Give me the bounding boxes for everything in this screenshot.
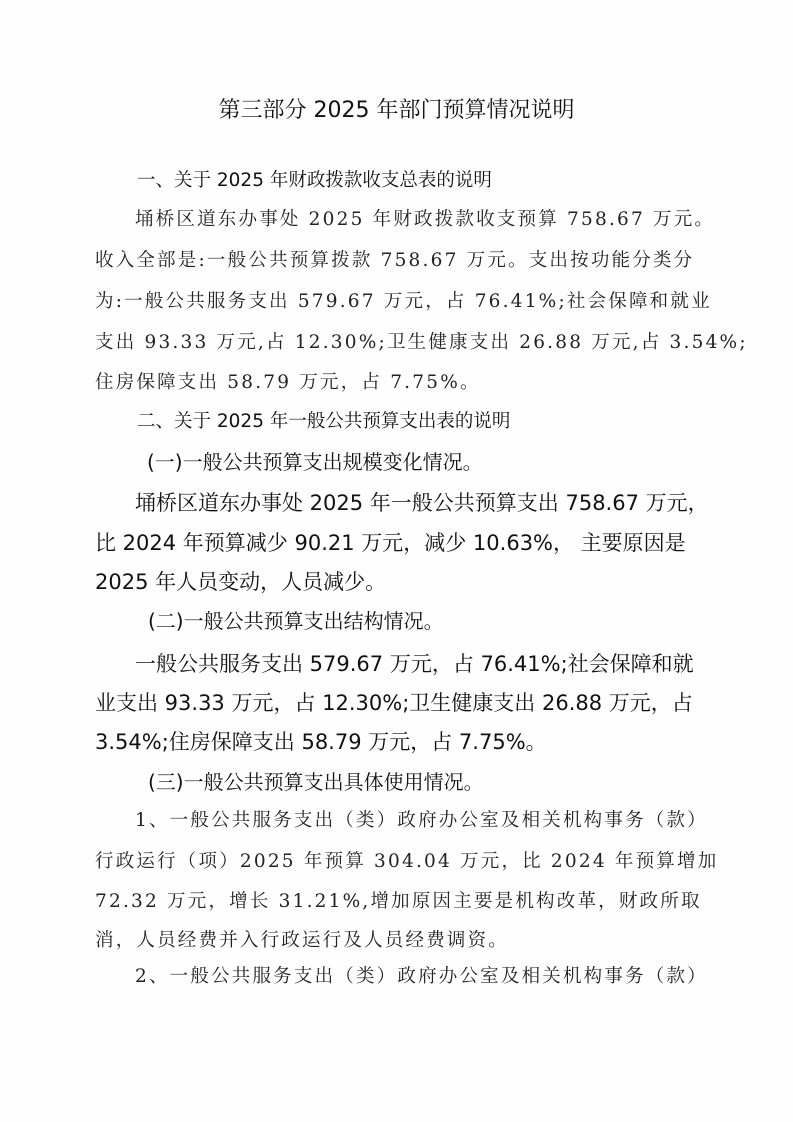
subsection-2-heading: (二)一般公共预算支出结构情况。 <box>148 611 444 631</box>
item-1-line-1: 1、一般公共服务支出（类）政府办公室及相关机构事务（款） <box>135 812 708 831</box>
item-1-line-4: 消，人员经费并入行政运行及人员经费调资。 <box>95 932 509 951</box>
section-1-line-5: 住房保障支出 58.79 万元，占 7.75%。 <box>95 374 481 393</box>
subsection-2-line-1: 一般公共服务支出 579.67 万元，占 76.41%;社会保障和就 <box>135 654 694 675</box>
page-title: 第三部分 2025 年部门预算情况说明 <box>0 100 793 122</box>
subsection-3-heading: (三)一般公共预算支出具体使用情况。 <box>148 772 484 792</box>
subsection-1-line-2: 比 2024 年预算减少 90.21 万元，减少 10.63%， 主要原因是 <box>95 533 686 554</box>
section-2-heading: 二、关于 2025 年一般公共预算支出表的说明 <box>137 413 510 432</box>
document-page: 第三部分 2025 年部门预算情况说明 一、关于 2025 年财政拨款收支总表的… <box>0 0 793 1122</box>
subsection-1-line-1: 埇桥区道东办事处 2025 年一般公共预算支出 758.67 万元， <box>135 493 709 514</box>
section-1-line-3: 为:一般公共服务支出 579.67 万元，占 76.41%;社会保障和就业 <box>95 293 712 312</box>
subsection-2-line-2: 业支出 93.33 万元，占 12.30%;卫生健康支出 26.88 万元，占 <box>95 693 693 714</box>
section-1-line-4: 支出 93.33 万元,占 12.30%;卫生健康支出 26.88 万元,占 3… <box>95 334 748 353</box>
item-1-line-2: 行政运行（项）2025 年预算 304.04 万元，比 2024 年预算增加 <box>95 853 718 872</box>
item-1-line-3: 72.32 万元，增长 31.21%,增加原因主要是机构改革，财政所取 <box>95 893 702 912</box>
subsection-1-line-3: 2025 年人员变动，人员减少。 <box>95 572 386 593</box>
section-1-line-1: 埇桥区道东办事处 2025 年财政拨款收支预算 758.67 万元。 <box>135 211 715 230</box>
section-1-line-2: 收入全部是:一般公共预算拨款 758.67 万元。支出按功能分类分 <box>95 252 694 271</box>
subsection-1-heading: (一)一般公共预算支出规模变化情况。 <box>147 452 483 472</box>
item-2-line-1: 2、一般公共服务支出（类）政府办公室及相关机构事务（款） <box>135 968 708 987</box>
subsection-2-line-3: 3.54%;住房保障支出 58.79 万元，占 7.75%。 <box>95 732 547 753</box>
section-1-heading: 一、关于 2025 年财政拨款收支总表的说明 <box>137 172 492 191</box>
